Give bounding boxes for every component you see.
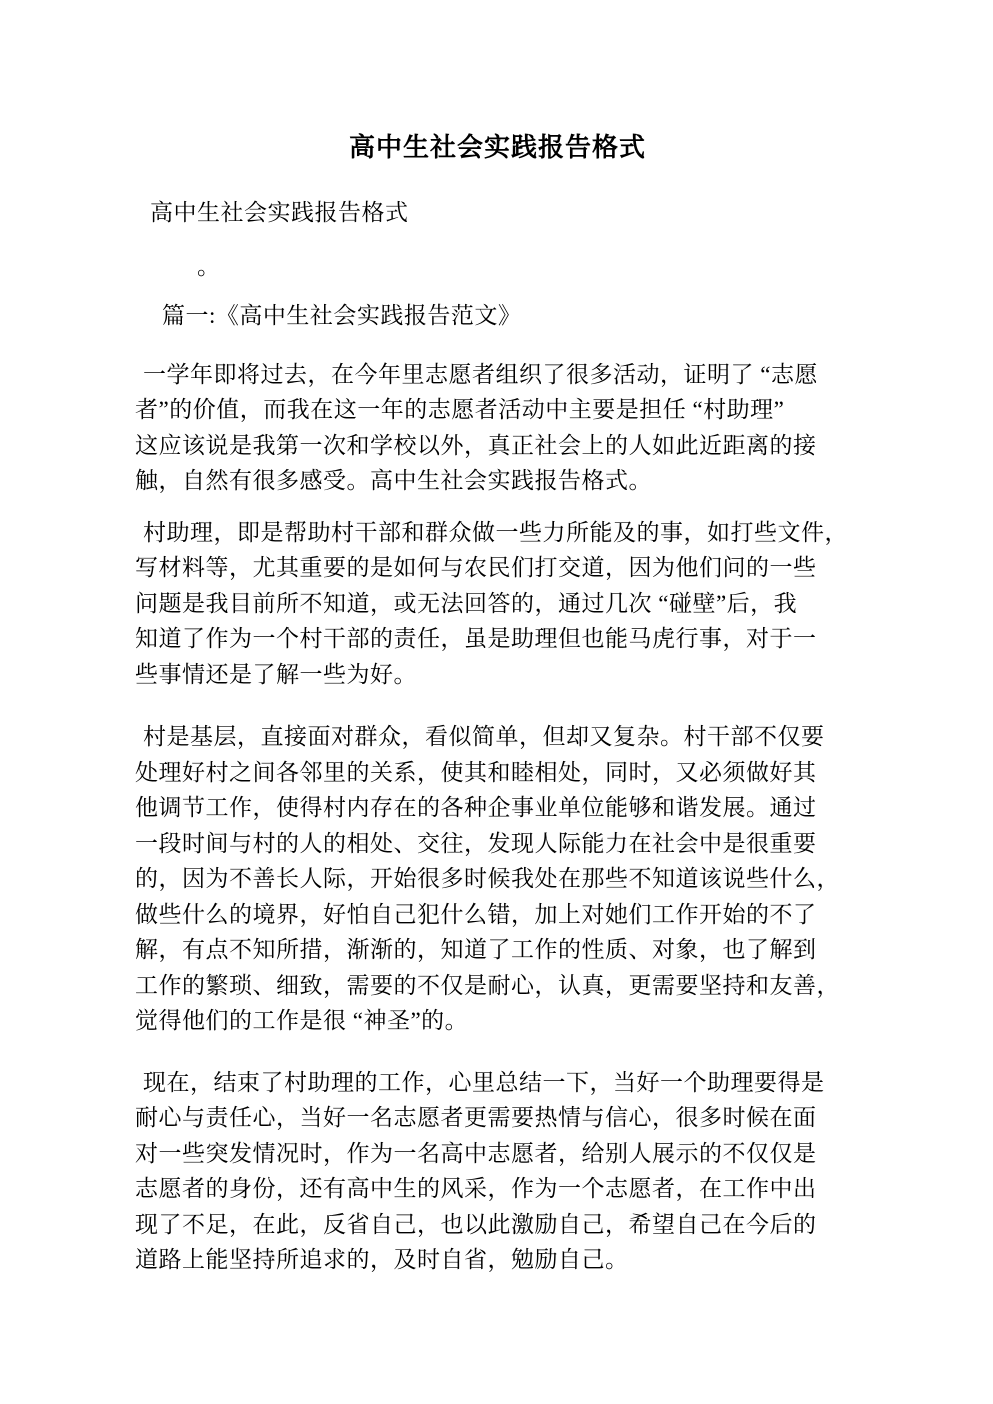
punctuation-line: 。 xyxy=(135,249,860,285)
document-title: 高中生社会实践报告格式 xyxy=(135,130,860,166)
intro-line: 高中生社会实践报告格式 xyxy=(135,195,860,231)
section-heading: 篇一:《高中生社会实践报告范文》 xyxy=(135,298,860,334)
body-paragraph-4: 现在，结束了村助理的工作，心里总结一下，当好一个助理要得是 耐心与责任心，当好一… xyxy=(135,1065,860,1278)
document-page: 高中生社会实践报告格式 高中生社会实践报告格式 。 篇一:《高中生社会实践报告范… xyxy=(0,0,993,1404)
body-paragraph-2: 村助理，即是帮助村干部和群众做一些力所能及的事，如打些文件， 写材料等，尤其重要… xyxy=(135,515,860,693)
body-paragraph-1: 一学年即将过去，在今年里志愿者组织了很多活动，证明了 “志愿 者”的价值，而我在… xyxy=(135,357,860,499)
body-paragraph-3: 村是基层，直接面对群众，看似简单，但却又复杂。村干部不仅要 处理好村之间各邻里的… xyxy=(135,719,860,1039)
document-content: 高中生社会实践报告格式 高中生社会实践报告格式 。 篇一:《高中生社会实践报告范… xyxy=(0,0,993,1278)
